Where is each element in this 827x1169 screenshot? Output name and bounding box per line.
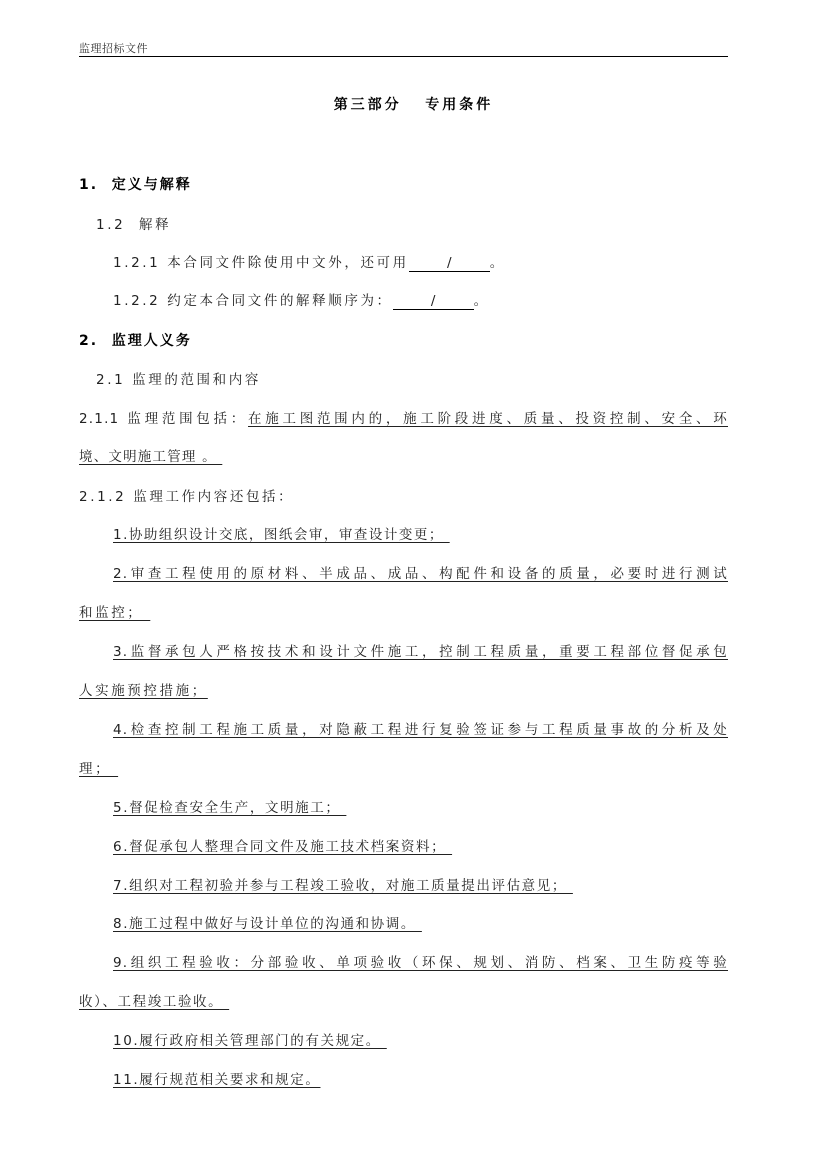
duty-item-9: 9.组织工程验收：分部验收、单项验收（环保、规划、消防、档案、卫生防疫等验 bbox=[113, 951, 728, 971]
language-blank-field[interactable]: / bbox=[409, 256, 490, 272]
clause-2-1-1-cont: 境、文明施工管理 。 bbox=[79, 445, 222, 465]
duty-item-11: 11.履行规范相关要求和规定。 bbox=[113, 1068, 320, 1088]
duty-text: 4.检查控制工程施工质量，对隐蔽工程进行复验签证参与工程质量事故的分析及处 bbox=[113, 722, 728, 738]
subsection-1-2: 1.2 解释 bbox=[96, 213, 171, 233]
duty-text: 9.组织工程验收：分部验收、单项验收（环保、规划、消防、档案、卫生防疫等验 bbox=[113, 955, 728, 971]
clause-2-1-2: 2.1.2 监理工作内容还包括： bbox=[79, 485, 294, 505]
duty-text: 11.履行规范相关要求和规定。 bbox=[113, 1072, 320, 1088]
duty-text: 5.督促检查安全生产，文明施工； bbox=[113, 800, 346, 816]
supervision-scope-value-cont: 境、文明施工管理 。 bbox=[79, 449, 222, 465]
duty-item-2-cont: 和监控； bbox=[79, 601, 150, 621]
page-title: 第三部分 专用条件 bbox=[0, 94, 827, 114]
duty-item-5: 5.督促检查安全生产，文明施工； bbox=[113, 796, 346, 816]
duty-text-cont: 和监控； bbox=[79, 605, 150, 621]
duty-item-8: 8.施工过程中做好与设计单位的沟通和协调。 bbox=[113, 912, 422, 932]
duty-item-6: 6.督促承包人整理合同文件及施工技术档案资料； bbox=[113, 835, 452, 855]
duty-item-3: 3.监督承包人严格按技术和设计文件施工，控制工程质量，重要工程部位督促承包 bbox=[113, 640, 728, 660]
duty-text: 8.施工过程中做好与设计单位的沟通和协调。 bbox=[113, 916, 422, 932]
supervision-scope-value: 在施工图范围内的，施工阶段进度、质量、投资控制、安全、环 bbox=[248, 411, 728, 427]
section-heading-1: 1. 定义与解释 bbox=[79, 174, 192, 194]
duty-text: 10.履行政府相关管理部门的有关规定。 bbox=[113, 1033, 387, 1049]
duty-item-2: 2.审查工程使用的原材料、半成品、成品、构配件和设备的质量，必要时进行测试 bbox=[113, 562, 728, 582]
duty-text: 6.督促承包人整理合同文件及施工技术档案资料； bbox=[113, 839, 452, 855]
duty-item-7: 7.组织对工程初验并参与工程竣工验收，对施工质量提出评估意见； bbox=[113, 874, 573, 894]
duty-item-4: 4.检查控制工程施工质量，对隐蔽工程进行复验签证参与工程质量事故的分析及处 bbox=[113, 718, 728, 738]
clause-1-2-1-end: 。 bbox=[490, 255, 506, 271]
clause-1-2-2: 1.2.2 约定本合同文件的解释顺序为：/。 bbox=[113, 289, 490, 310]
clause-1-2-1: 1.2.1 本合同文件除使用中文外，还可用/。 bbox=[113, 251, 506, 272]
section-heading-2: 2. 监理人义务 bbox=[79, 330, 192, 350]
clause-2-1-1-label: 2.1.1 监理范围包括： bbox=[79, 411, 248, 427]
duty-text-cont: 人实施预控措施； bbox=[79, 683, 208, 699]
subsection-2-1: 2.1 监理的范围和内容 bbox=[96, 368, 261, 388]
duty-item-4-cont: 理； bbox=[79, 757, 118, 777]
header-divider bbox=[79, 56, 728, 57]
duty-text-cont: 理； bbox=[79, 761, 118, 777]
duty-item-1: 1.协助组织设计交底，图纸会审，审查设计变更； bbox=[113, 523, 450, 543]
duty-text: 7.组织对工程初验并参与工程竣工验收，对施工质量提出评估意见； bbox=[113, 878, 573, 894]
running-header: 监理招标文件 bbox=[79, 40, 148, 56]
duty-text: 1.协助组织设计交底，图纸会审，审查设计变更； bbox=[113, 527, 450, 543]
clause-1-2-2-text: 1.2.2 约定本合同文件的解释顺序为： bbox=[113, 293, 393, 309]
duty-item-9-cont: 收）、工程竣工验收。 bbox=[79, 990, 229, 1010]
duty-item-3-cont: 人实施预控措施； bbox=[79, 679, 208, 699]
clause-2-1-1: 2.1.1 监理范围包括：在施工图范围内的，施工阶段进度、质量、投资控制、安全、… bbox=[79, 407, 728, 427]
duty-text: 2.审查工程使用的原材料、半成品、成品、构配件和设备的质量，必要时进行测试 bbox=[113, 566, 728, 582]
duty-text: 3.监督承包人严格按技术和设计文件施工，控制工程质量，重要工程部位督促承包 bbox=[113, 644, 728, 660]
interpretation-order-blank-field[interactable]: / bbox=[393, 294, 474, 310]
duty-item-10: 10.履行政府相关管理部门的有关规定。 bbox=[113, 1029, 387, 1049]
clause-1-2-1-text: 1.2.1 本合同文件除使用中文外，还可用 bbox=[113, 255, 409, 271]
duty-text-cont: 收）、工程竣工验收。 bbox=[79, 994, 229, 1010]
clause-1-2-2-end: 。 bbox=[474, 293, 490, 309]
